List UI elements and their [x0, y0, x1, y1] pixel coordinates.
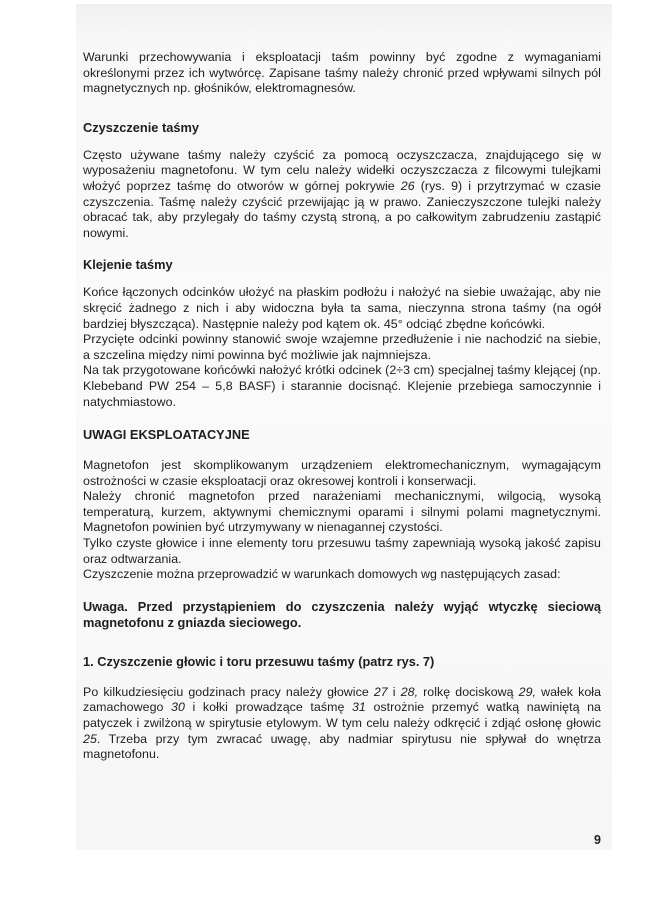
section-heading-operating-notes: UWAGI EKSPLOATACYJNE: [83, 427, 601, 443]
document-page: Warunki przechowywania i eksploatacji ta…: [83, 46, 601, 763]
part-reference-number: 30: [171, 700, 185, 714]
part-reference-number: 31: [352, 700, 366, 714]
text-run: . Trzeba przy tym zwracać uwagę, aby nad…: [83, 732, 601, 762]
subsection-heading-head-cleaning: 1. Czyszczenie głowic i toru przesuwu ta…: [83, 654, 601, 670]
notes-paragraph-4: Czyszczenie można przeprowadzić w warunk…: [83, 567, 601, 583]
text-run: i: [388, 685, 401, 699]
tape-cleaning-paragraph: Często używane taśmy należy czyścić za p…: [83, 148, 601, 242]
notes-paragraph-3: Tylko czyste głowice i inne elementy tor…: [83, 536, 601, 567]
splicing-paragraph-2: Przycięte odcinki powinny stanowić swoje…: [83, 332, 601, 363]
page-number: 9: [594, 833, 601, 847]
section-heading-tape-cleaning: Czyszczenie taśmy: [83, 120, 601, 136]
splicing-paragraph-3: Na tak przygotowane końcówki nałożyć kró…: [83, 363, 601, 410]
section-heading-tape-splicing: Klejenie taśmy: [83, 257, 601, 273]
splicing-paragraph-1: Końce łączonych odcinków ułożyć na płask…: [83, 285, 601, 332]
notes-paragraph-1: Magnetofon jest skomplikowanym urządzeni…: [83, 458, 601, 489]
text-run: i kołki prowadzące taśmę: [185, 700, 352, 714]
head-cleaning-paragraph: Po kilkudziesięciu godzinach pracy należ…: [83, 685, 601, 763]
part-reference-number: 29,: [519, 685, 536, 699]
intro-paragraph: Warunki przechowywania i eksploatacji ta…: [83, 50, 601, 97]
part-reference-number: 28,: [401, 685, 418, 699]
part-reference-number: 27: [374, 685, 388, 699]
figure-reference-number: 26: [401, 179, 415, 193]
text-run: rolkę dociskową: [418, 685, 519, 699]
text-run: Po kilkudziesięciu godzinach pracy należ…: [83, 685, 374, 699]
warning-note: Uwaga. Przed przystąpieniem do czyszczen…: [83, 599, 601, 631]
part-reference-number: 25: [83, 732, 97, 746]
notes-paragraph-2: Należy chronić magnetofon przed narażeni…: [83, 489, 601, 536]
